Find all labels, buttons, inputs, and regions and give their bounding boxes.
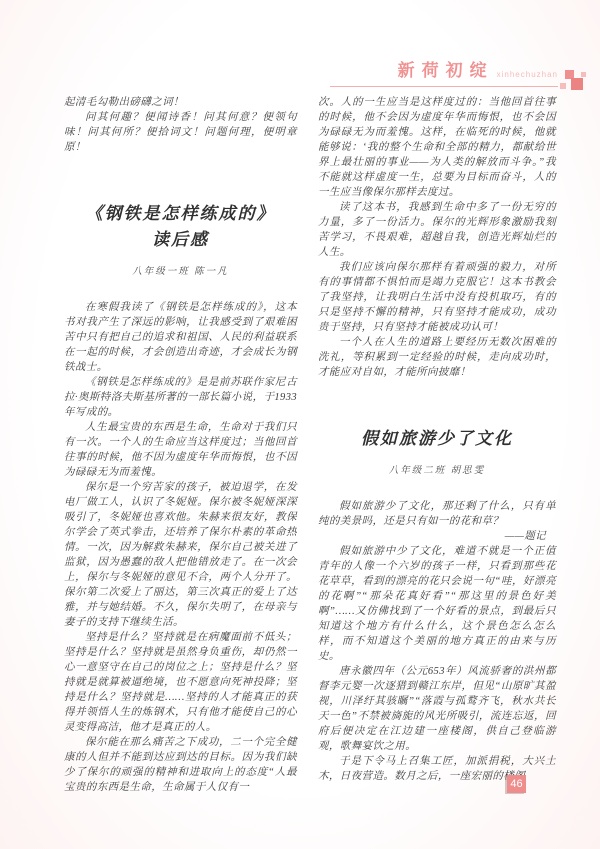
epigraph: ——题记	[318, 529, 556, 544]
article-byline: 八年级二班 胡思雯	[318, 464, 556, 479]
paragraph: 我们应该向保尔那样有着顽强的毅力，对所有的事情都不惧怕而是竭力克服它！这本书教会…	[318, 260, 556, 335]
paragraph: 《钢铁是怎样练成的》是是前苏联作家尼古拉·奥斯特洛夫斯基所著的一部长篇小说，于1…	[64, 375, 297, 420]
title-line: 读后感	[64, 227, 297, 253]
paragraph: 一个人在人生的道路上要经历无数次困难的洗礼，等积累到一定经验的时候，走向成功时，…	[318, 335, 556, 380]
paragraph: 坚持是什么？坚持就是在病魔面前不低头；坚持是什么？坚持就是虽然身负重伤，却仍然一…	[64, 630, 297, 735]
article-title: 《钢铁是怎样练成的》读后感	[64, 201, 297, 253]
article-byline: 八年级一班 陈一凡	[64, 265, 297, 280]
page-header: 新荷初绽xinhechuzhan	[330, 56, 558, 87]
paragraph: 保尔能在那么痛苦之下成功，二一个完全健康的人但并不能到达应到达的目标。因为我们缺…	[64, 735, 297, 795]
paragraph: 次。人的一生应当是这样度过的：当他回首往事的时候，他不会因为虚度年华而悔恨，也不…	[318, 95, 556, 200]
paragraph: 在寒假我读了《钢铁是怎样练成的》，这本书对我产生了深远的影响，让我感受到了艰难困…	[64, 300, 297, 375]
title-line: 假如旅游少了文化	[318, 426, 556, 452]
paragraph: 读了这本书，我感到生命中多了一份无穷的力量，多了一份活力。保尔的光辉形象激励我刻…	[318, 200, 556, 260]
left-column: 起清毛勾勒出磅礴之词！问其何趣？便闻诗香！问其何意？便领句味！问其何所？便拾词文…	[64, 95, 297, 795]
article-title: 假如旅游少了文化	[318, 426, 556, 452]
paragraph: 保尔是一个穷苦家的孩子，被迫退学，在发电厂做工人，认识了冬妮娅。保尔被冬妮娅深深…	[64, 480, 297, 630]
paragraph: 问其何趣？便闻诗香！问其何意？便领句味！问其何所？便拾词文！问题何理，便明章原！	[64, 110, 297, 155]
title-line: 《钢铁是怎样练成的》	[64, 201, 297, 227]
paragraph: 唐永徽四年（公元653年）风流骄奢的洪州都督李元婴一次逐猎到赣江东岸，但见“山原…	[318, 664, 556, 754]
magazine-title: 新荷初绽	[398, 61, 494, 80]
right-column: 次。人的一生应当是这样度过的：当他回首往事的时候，他不会因为虚度年华而悔恨，也不…	[318, 95, 556, 784]
paragraph: 人生最宝贵的东西是生命，生命对于我们只有一次。一个人的生命应当这样度过；当他回首…	[64, 420, 297, 480]
pixel-squares-logo	[560, 70, 586, 96]
magazine-title-pinyin: xinhechuzhan	[494, 70, 558, 79]
page-number-badge: 46	[507, 775, 526, 793]
paragraph: 起清毛勾勒出磅礴之词！	[64, 95, 297, 110]
paragraph: 假如旅游中少了文化，难道不就是一个正值青年的人像一个六岁的孩子一样，只看到那些花…	[318, 544, 556, 664]
paragraph: 假如旅游少了文化，那还剩了什么，只有单纯的美景吗，还是只有如一的花和草？	[318, 499, 556, 529]
